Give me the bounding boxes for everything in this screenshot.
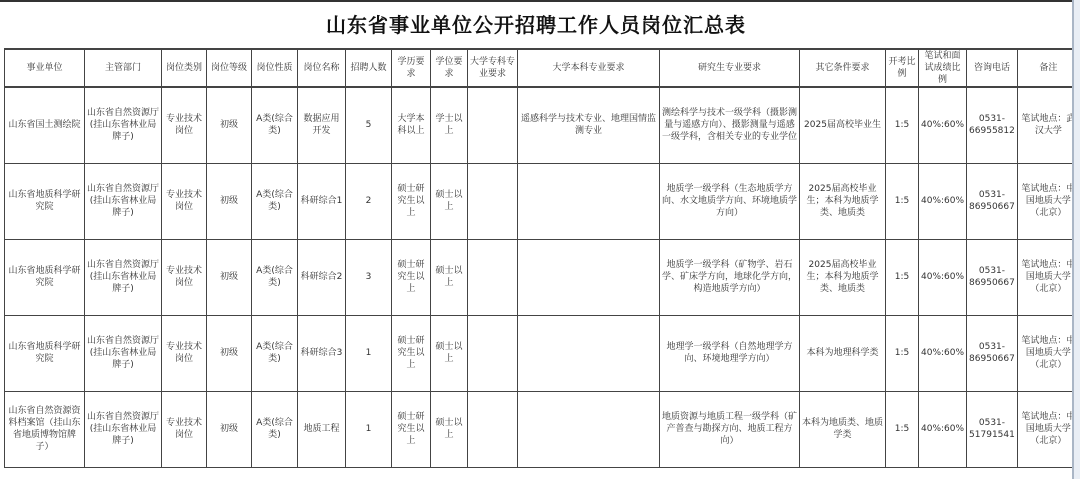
cell-other-conditions: 2025届高校毕业生；本科为地质学类、地质类: [800, 163, 886, 239]
col-header-bachelor-major: 大学本科专业要求: [518, 49, 660, 87]
cell-post-name: 科研综合1: [298, 163, 346, 239]
cell-education: 硕士研究生以上: [392, 163, 431, 239]
cell-bachelor-major: [518, 391, 660, 467]
table-row: 山东省地质科学研究院 山东省自然资源厅(挂山东省林业局牌子) 专业技术岗位 初级…: [5, 239, 1080, 315]
cell-other-conditions: 本科为地质类、地质学类: [800, 391, 886, 467]
cell-headcount: 1: [346, 391, 392, 467]
cell-bachelor-major: [518, 163, 660, 239]
cell-other-conditions: 2025届高校毕业生；本科为地质学类、地质类: [800, 239, 886, 315]
header-row: 事业单位 主管部门 岗位类别 岗位等级 岗位性质 岗位名称 招聘人数 学历要求 …: [5, 49, 1080, 87]
cell-post-level: 初级: [207, 239, 252, 315]
page-title: 山东省事业单位公开招聘工作人员岗位汇总表: [0, 2, 1072, 48]
cell-college-major: [468, 87, 518, 163]
col-header-remarks: 备注: [1017, 49, 1079, 87]
table-row: 山东省国土测绘院 山东省自然资源厅(挂山东省林业局牌子) 专业技术岗位 初级 A…: [5, 87, 1080, 163]
cell-college-major: [468, 239, 518, 315]
col-header-department: 主管部门: [85, 49, 162, 87]
cell-graduate-major: 测绘科学与技术一级学科（摄影测量与遥感方向）、摄影测量与遥感一级学科，含相关专业…: [660, 87, 800, 163]
table-row: 山东省自然资源资料档案馆（挂山东省地质博物馆牌子） 山东省自然资源厅(挂山东省林…: [5, 391, 1080, 467]
cell-post-level: 初级: [207, 315, 252, 391]
cell-other-conditions: 2025届高校毕业生: [800, 87, 886, 163]
col-header-graduate-major: 研究生专业要求: [660, 49, 800, 87]
cell-remarks: 笔试地点：中国地质大学（北京）: [1017, 315, 1079, 391]
col-header-phone: 咨询电话: [967, 49, 1018, 87]
cell-post-nature: A类(综合类): [252, 315, 298, 391]
cell-remarks: 笔试地点：中国地质大学（北京）: [1017, 391, 1079, 467]
cell-post-category: 专业技术岗位: [162, 391, 207, 467]
cell-post-level: 初级: [207, 163, 252, 239]
cell-post-category: 专业技术岗位: [162, 163, 207, 239]
cell-headcount: 1: [346, 315, 392, 391]
cell-education: 硕士研究生以上: [392, 391, 431, 467]
cell-unit: 山东省自然资源资料档案馆（挂山东省地质博物馆牌子）: [5, 391, 85, 467]
cell-score-ratio: 40%:60%: [919, 87, 967, 163]
col-header-post-name: 岗位名称: [298, 49, 346, 87]
cell-graduate-major: 地理学一级学科（自然地理学方向、环境地理学方向）: [660, 315, 800, 391]
cell-education: 硕士研究生以上: [392, 239, 431, 315]
cell-college-major: [468, 391, 518, 467]
cell-post-nature: A类(综合类): [252, 163, 298, 239]
col-header-education: 学历要求: [392, 49, 431, 87]
cell-post-category: 专业技术岗位: [162, 315, 207, 391]
cell-remarks: 笔试地点：武汉大学: [1017, 87, 1079, 163]
cell-department: 山东省自然资源厅(挂山东省林业局牌子): [85, 239, 162, 315]
cell-post-nature: A类(综合类): [252, 239, 298, 315]
cell-post-level: 初级: [207, 391, 252, 467]
cell-unit: 山东省地质科学研究院: [5, 315, 85, 391]
cell-unit: 山东省国土测绘院: [5, 87, 85, 163]
table-row: 山东省地质科学研究院 山东省自然资源厅(挂山东省林业局牌子) 专业技术岗位 初级…: [5, 315, 1080, 391]
cell-exam-ratio: 1:5: [886, 391, 919, 467]
cell-exam-ratio: 1:5: [886, 239, 919, 315]
cell-other-conditions: 本科为地理科学类: [800, 315, 886, 391]
col-header-other-conditions: 其它条件要求: [800, 49, 886, 87]
cell-education: 硕士研究生以上: [392, 315, 431, 391]
table-row: 山东省地质科学研究院 山东省自然资源厅(挂山东省林业局牌子) 专业技术岗位 初级…: [5, 163, 1080, 239]
cell-phone: 0531-86950667: [967, 239, 1018, 315]
cell-score-ratio: 40%:60%: [919, 163, 967, 239]
cell-college-major: [468, 163, 518, 239]
cell-score-ratio: 40%:60%: [919, 239, 967, 315]
cell-headcount: 2: [346, 163, 392, 239]
cell-score-ratio: 40%:60%: [919, 315, 967, 391]
cell-department: 山东省自然资源厅(挂山东省林业局牌子): [85, 163, 162, 239]
cell-post-name: 科研综合2: [298, 239, 346, 315]
cell-degree: 硕士以上: [431, 163, 468, 239]
cell-department: 山东省自然资源厅(挂山东省林业局牌子): [85, 391, 162, 467]
cell-degree: 硕士以上: [431, 239, 468, 315]
cell-unit: 山东省地质科学研究院: [5, 239, 85, 315]
cell-post-category: 专业技术岗位: [162, 239, 207, 315]
col-header-college-major: 大学专科专业要求: [468, 49, 518, 87]
col-header-post-category: 岗位类别: [162, 49, 207, 87]
col-header-unit: 事业单位: [5, 49, 85, 87]
cell-department: 山东省自然资源厅(挂山东省林业局牌子): [85, 87, 162, 163]
cell-phone: 0531-66955812: [967, 87, 1018, 163]
cell-degree: 硕士以上: [431, 315, 468, 391]
cell-exam-ratio: 1:5: [886, 163, 919, 239]
col-header-post-level: 岗位等级: [207, 49, 252, 87]
col-header-score-ratio: 笔试和面试成绩比例: [919, 49, 967, 87]
cell-post-category: 专业技术岗位: [162, 87, 207, 163]
cell-post-name: 数据应用开发: [298, 87, 346, 163]
cell-degree: 学士以上: [431, 87, 468, 163]
cell-department: 山东省自然资源厅(挂山东省林业局牌子): [85, 315, 162, 391]
cell-headcount: 5: [346, 87, 392, 163]
cell-phone: 0531-51791541: [967, 391, 1018, 467]
cell-post-nature: A类(综合类): [252, 87, 298, 163]
cell-exam-ratio: 1:5: [886, 87, 919, 163]
cell-phone: 0531-86950667: [967, 163, 1018, 239]
cell-graduate-major: 地质资源与地质工程一级学科（矿产普查与勘探方向、地质工程方向）: [660, 391, 800, 467]
col-header-headcount: 招聘人数: [346, 49, 392, 87]
col-header-exam-ratio: 开考比例: [886, 49, 919, 87]
positions-table: 事业单位 主管部门 岗位类别 岗位等级 岗位性质 岗位名称 招聘人数 学历要求 …: [4, 48, 1080, 468]
cell-degree: 硕士以上: [431, 391, 468, 467]
window-right-edge: [1072, 0, 1080, 479]
cell-graduate-major: 地质学一级学科（生态地质学方向、水文地质学方向、环境地质学方向）: [660, 163, 800, 239]
col-header-post-nature: 岗位性质: [252, 49, 298, 87]
cell-college-major: [468, 315, 518, 391]
cell-phone: 0531-86950667: [967, 315, 1018, 391]
cell-remarks: 笔试地点：中国地质大学（北京）: [1017, 239, 1079, 315]
cell-score-ratio: 40%:60%: [919, 391, 967, 467]
cell-education: 大学本科以上: [392, 87, 431, 163]
cell-post-name: 科研综合3: [298, 315, 346, 391]
cell-remarks: 笔试地点：中国地质大学（北京）: [1017, 163, 1079, 239]
cell-headcount: 3: [346, 239, 392, 315]
cell-post-nature: A类(综合类): [252, 391, 298, 467]
col-header-degree: 学位要求: [431, 49, 468, 87]
cell-bachelor-major: [518, 315, 660, 391]
cell-bachelor-major: 遥感科学与技术专业、地理国情监测专业: [518, 87, 660, 163]
cell-post-name: 地质工程: [298, 391, 346, 467]
cell-bachelor-major: [518, 239, 660, 315]
cell-graduate-major: 地质学一级学科（矿物学、岩石学、矿床学方向，地球化学方向，构造地质学方向）: [660, 239, 800, 315]
cell-post-level: 初级: [207, 87, 252, 163]
cell-exam-ratio: 1:5: [886, 315, 919, 391]
cell-unit: 山东省地质科学研究院: [5, 163, 85, 239]
